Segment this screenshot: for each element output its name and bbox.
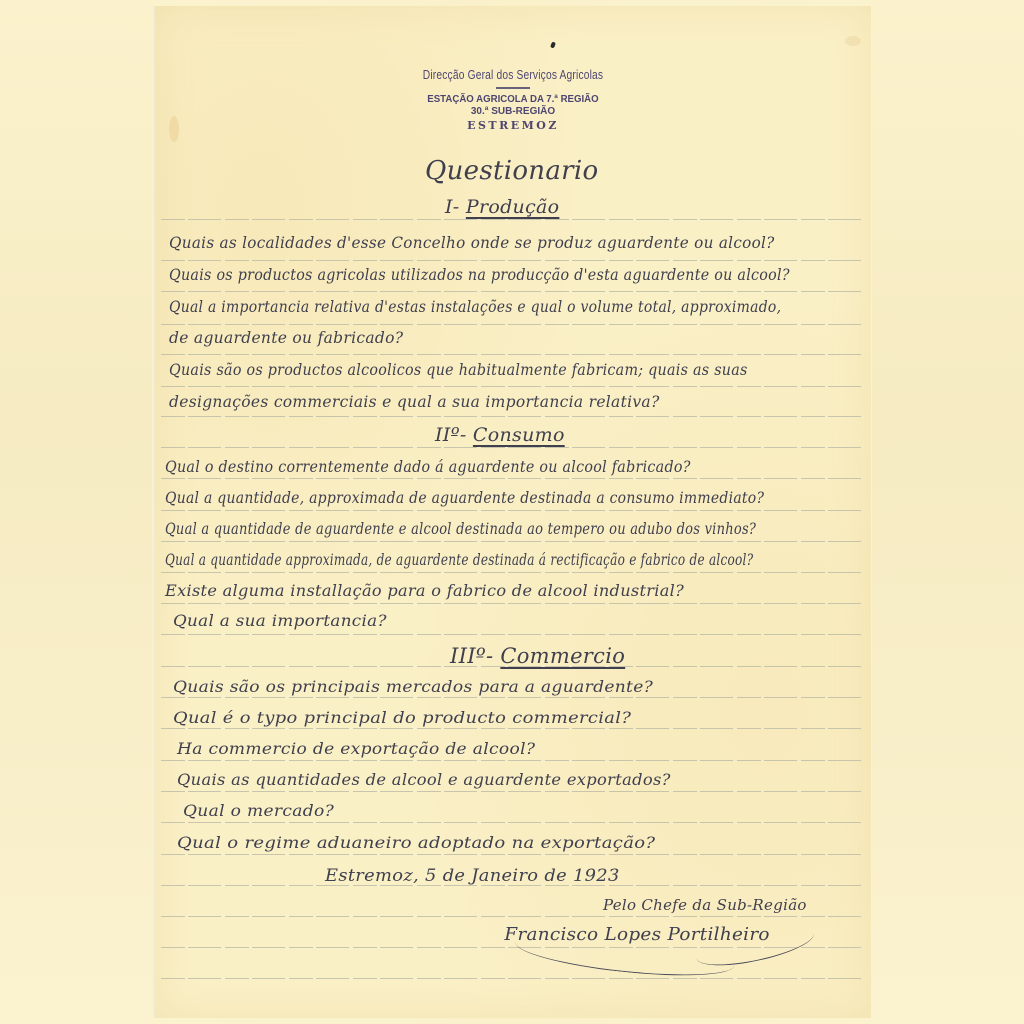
ruled-line (161, 634, 865, 635)
place-and-date: Estremoz, 5 de Janeiro de 1923 (325, 866, 620, 886)
ruled-line (161, 572, 865, 573)
ruled-line (161, 791, 865, 792)
question: Quais os productos agricolas utilizados … (169, 266, 790, 284)
ruled-line (161, 760, 865, 761)
section-number: I- (445, 196, 460, 218)
section-number: IIº- (435, 424, 467, 446)
ruled-line (161, 854, 865, 855)
question-continued: designações commerciais e qual a sua imp… (169, 393, 660, 411)
letterhead-divider (496, 87, 530, 89)
section-title: Commercio (500, 644, 625, 668)
ruled-line (161, 916, 865, 917)
ruled-line (161, 291, 865, 292)
question: Qual o destino correntemente dado á agua… (165, 458, 691, 476)
document-page: Direcção Geral dos Serviços Agricolas ES… (153, 6, 871, 1018)
ink-mark (550, 41, 556, 48)
question: Qual é o typo principal do producto comm… (173, 709, 631, 727)
letterhead-station: ESTAÇÃO AGRICOLA DA 7.ª REGIÃO (184, 93, 843, 105)
on-behalf-line: Pelo Chefe da Sub-Região (603, 896, 807, 914)
ruled-line (161, 447, 865, 448)
background-left-margin (0, 0, 152, 1024)
question: Quais são os productos alcoolicos que ha… (169, 361, 748, 379)
question: Existe alguma installação para o fabrico… (165, 582, 684, 600)
ruled-line (161, 324, 865, 325)
letterhead-stamp: Direcção Geral dos Serviços Agricolas ES… (155, 68, 871, 132)
question: Qual a importancia relativa d'estas inst… (169, 298, 781, 316)
question: Qual a sua importancia? (173, 612, 387, 630)
question: Qual a quantidade de aguardente e alcool… (165, 520, 756, 538)
ruled-line (161, 603, 865, 604)
ruled-line (161, 260, 865, 261)
letterhead-town: ESTREMOZ (155, 119, 871, 132)
ruled-line (161, 219, 865, 220)
ruled-line (161, 510, 865, 511)
section-heading-producao: I- Produção (445, 196, 559, 218)
section-title: Produção (466, 196, 560, 218)
section-heading-comercio: IIIº- Commercio (450, 644, 625, 668)
ruled-line (161, 354, 865, 355)
section-heading-consumo: IIº- Consumo (435, 424, 565, 446)
section-number: IIIº- (450, 644, 493, 668)
question: Qual o regime aduaneiro adoptado na expo… (177, 834, 655, 852)
question: Qual o mercado? (183, 802, 334, 820)
paper-stain (845, 36, 861, 46)
section-title: Consumo (473, 424, 565, 446)
letterhead-directorate: Direcção Geral dos Serviços Agricolas (219, 68, 806, 82)
ruled-line (161, 822, 865, 823)
letterhead-subregion: 30.ª SUB-REGIÃO (155, 106, 871, 117)
ruled-line (161, 416, 865, 417)
ruled-line (161, 978, 865, 979)
ruled-line (161, 478, 865, 479)
question: Qual a quantidade, approximada de aguard… (165, 489, 764, 507)
ruled-line (161, 728, 865, 729)
ruled-line (161, 697, 865, 698)
question: Quais as localidades d'esse Concelho ond… (169, 234, 775, 252)
question: Ha commercio de exportação de alcool? (177, 740, 535, 758)
question: Qual a quantidade approximada, de aguard… (165, 551, 753, 569)
ruled-line (161, 541, 865, 542)
background-right-margin (872, 0, 1024, 1024)
question: Quais são os principais mercados para a … (173, 678, 653, 696)
question-continued: de aguardente ou fabricado? (169, 329, 403, 347)
document-title: Questionario (425, 156, 598, 186)
ruled-line (161, 386, 865, 387)
question: Quais as quantidades de alcool e aguarde… (177, 771, 671, 789)
